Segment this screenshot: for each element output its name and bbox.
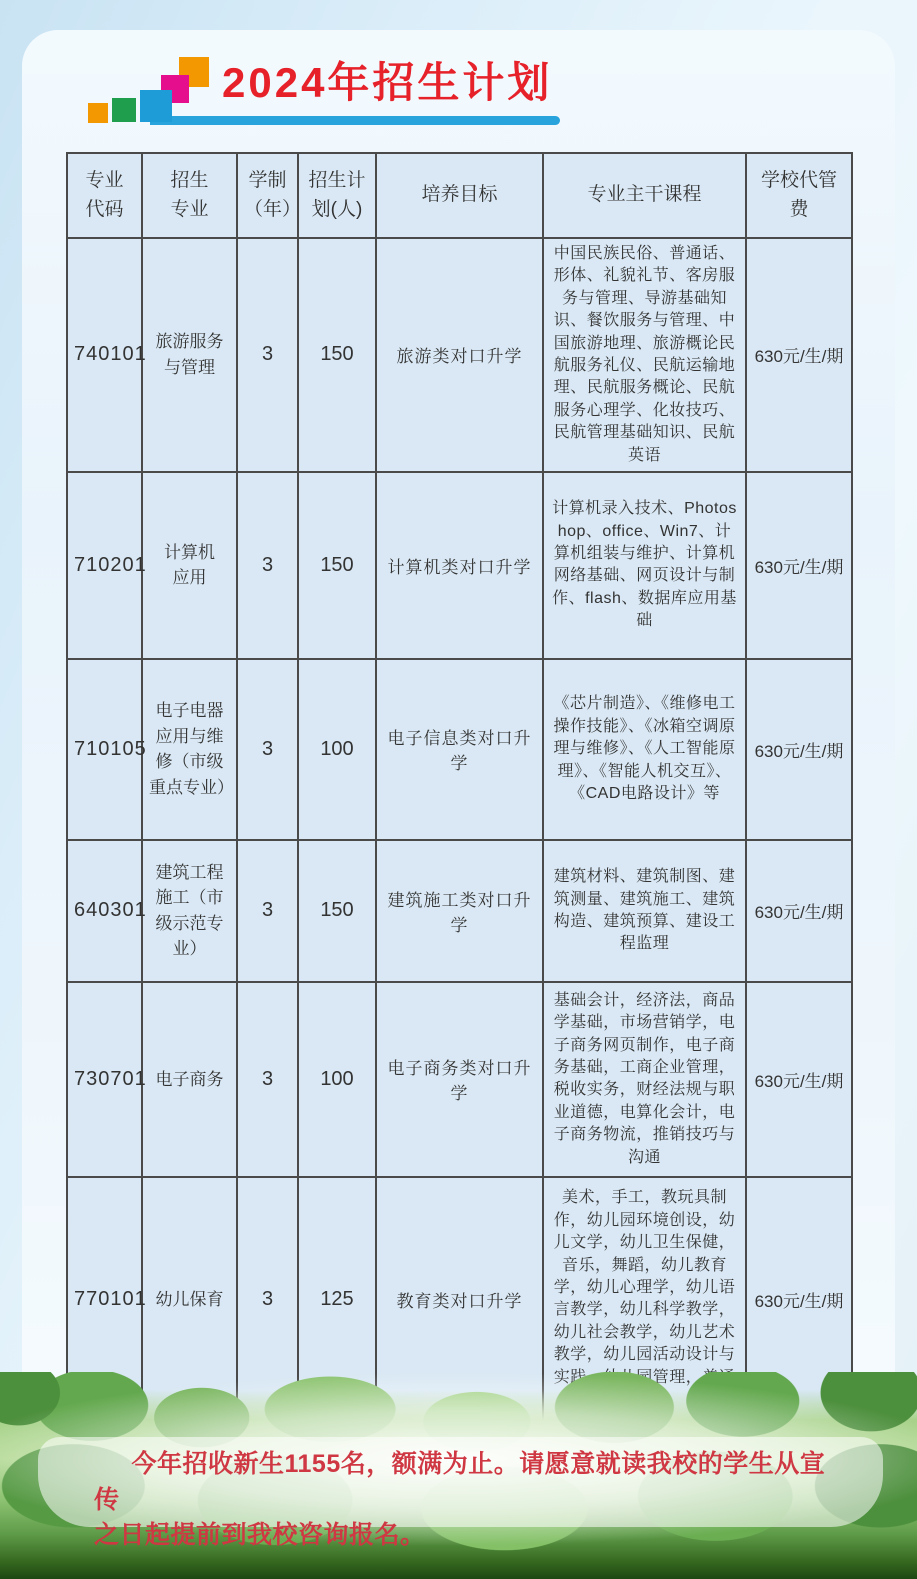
- cell-fee: 630元/生/期: [746, 659, 852, 840]
- notice-text: 今年招收新生1155名，额满为止。请愿意就读我校的学生从宣传 之日起提前到我校咨…: [94, 1447, 843, 1554]
- cell-plan: 100: [298, 659, 376, 840]
- cell-plan: 150: [298, 840, 376, 982]
- col-header-plan: 招生计 划(人): [298, 153, 376, 238]
- table-row: 640301 建筑工程施工（市级示范专业） 3 150 建筑施工类对口升学 建筑…: [67, 840, 852, 982]
- table-row: 710201 计算机 应用 3 150 计算机类对口升学 计算机录入技术、Pho…: [67, 472, 852, 659]
- cell-major-code: 640301: [67, 840, 142, 982]
- col-header-years: 学制 （年）: [237, 153, 298, 238]
- poster-page: 2024年招生计划 专业 代码 招生 专业 学制 （年） 招生计 划(人) 培养…: [0, 0, 917, 1579]
- cell-courses: 基础会计，经济法，商品学基础，市场营销学，电子商务网页制作，电子商务基础，工商企…: [543, 982, 746, 1177]
- cell-years: 3: [237, 659, 298, 840]
- cell-goal: 计算机类对口升学: [376, 472, 543, 659]
- cell-courses: 计算机录入技术、Photoshop、office、Win7、计算机组装与维护、计…: [543, 472, 746, 659]
- cell-fee: 630元/生/期: [746, 982, 852, 1177]
- cell-major-code: 740101: [67, 238, 142, 472]
- col-header-goal: 培养目标: [376, 153, 543, 238]
- col-header-major: 招生 专业: [142, 153, 237, 238]
- cell-years: 3: [237, 238, 298, 472]
- cell-goal: 旅游类对口升学: [376, 238, 543, 472]
- cell-plan: 150: [298, 238, 376, 472]
- cell-goal: 建筑施工类对口升学: [376, 840, 543, 982]
- cell-major-code: 710105: [67, 659, 142, 840]
- cell-fee: 630元/生/期: [746, 238, 852, 472]
- cell-major-name: 电子商务: [142, 982, 237, 1177]
- cell-major-name: 计算机 应用: [142, 472, 237, 659]
- cell-major-name: 建筑工程施工（市级示范专业）: [142, 840, 237, 982]
- col-header-courses: 专业主干课程: [543, 153, 746, 238]
- col-header-fee: 学校代管费: [746, 153, 852, 238]
- cell-fee: 630元/生/期: [746, 472, 852, 659]
- table-row: 740101 旅游服务 与管理 3 150 旅游类对口升学 中国民族民俗、普通话…: [67, 238, 852, 472]
- cell-years: 3: [237, 472, 298, 659]
- cell-goal: 电子信息类对口升学: [376, 659, 543, 840]
- notice-panel: 今年招收新生1155名，额满为止。请愿意就读我校的学生从宣传 之日起提前到我校咨…: [38, 1437, 883, 1527]
- cell-years: 3: [237, 840, 298, 982]
- cell-goal: 电子商务类对口升学: [376, 982, 543, 1177]
- cell-major-code: 710201: [67, 472, 142, 659]
- decor-square-blue-icon: [140, 90, 172, 122]
- cell-major-name: 旅游服务 与管理: [142, 238, 237, 472]
- table-row: 710105 电子电器应用与维修（市级重点专业） 3 100 电子信息类对口升学…: [67, 659, 852, 840]
- decor-square-orange-small-icon: [88, 103, 108, 123]
- enrollment-plan-table: 专业 代码 招生 专业 学制 （年） 招生计 划(人) 培养目标 专业主干课程 …: [66, 152, 853, 1423]
- cell-fee: 630元/生/期: [746, 840, 852, 982]
- col-header-code: 专业 代码: [67, 153, 142, 238]
- cell-plan: 100: [298, 982, 376, 1177]
- table-header-row: 专业 代码 招生 专业 学制 （年） 招生计 划(人) 培养目标 专业主干课程 …: [67, 153, 852, 238]
- cell-courses: 《芯片制造》、《维修电工操作技能》、《冰箱空调原理与维修》、《人工智能原理》、《…: [543, 659, 746, 840]
- cell-major-code: 730701: [67, 982, 142, 1177]
- table-row: 730701 电子商务 3 100 电子商务类对口升学 基础会计，经济法，商品学…: [67, 982, 852, 1177]
- decor-square-green-icon: [112, 98, 136, 122]
- title-underline: [150, 116, 560, 125]
- cell-years: 3: [237, 982, 298, 1177]
- cell-courses: 建筑材料、建筑制图、建筑测量、建筑施工、建筑构造、建筑预算、建设工程监理: [543, 840, 746, 982]
- cell-major-name: 电子电器应用与维修（市级重点专业）: [142, 659, 237, 840]
- page-title: 2024年招生计划: [222, 62, 552, 104]
- cell-courses: 中国民族民俗、普通话、形体、礼貌礼节、客房服务与管理、导游基础知识、餐饮服务与管…: [543, 238, 746, 472]
- cell-plan: 150: [298, 472, 376, 659]
